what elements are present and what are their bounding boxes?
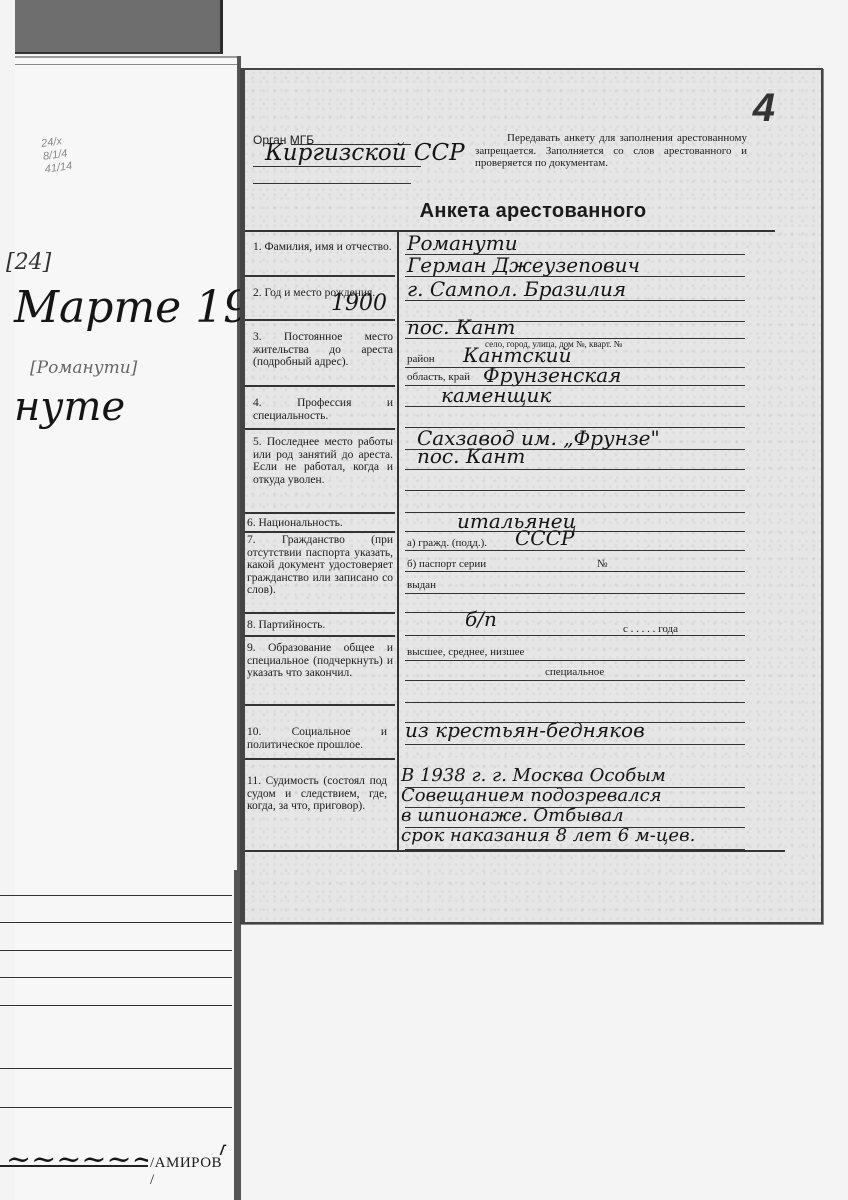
answer-workplace-location: пос. Кант [417, 444, 525, 468]
row-rule [245, 385, 395, 387]
field-label: 11. Судимость (состоял под судом и следс… [247, 775, 387, 813]
sheet-edge [15, 64, 237, 65]
column-divider [397, 232, 399, 852]
answer-rule [405, 680, 745, 681]
signature-name: /АМИРОВ / [148, 1155, 232, 1189]
answer-surname: Романути [407, 231, 518, 255]
field-label: 10. Социальное и политическое прошлое. [247, 726, 387, 751]
row-rule [245, 704, 395, 706]
field-label: 5. Последнее место работы или род заняти… [253, 436, 393, 486]
answer-residence: пос. Кант [407, 315, 515, 339]
answer-rule [405, 490, 745, 491]
row-rule [245, 635, 395, 637]
answer-given-name: Герман Джеузепович [407, 253, 640, 277]
answer-party: б/п [465, 607, 497, 631]
row-rule [245, 758, 395, 760]
answer-profession: каменщик [441, 383, 551, 407]
answer-rule [405, 300, 745, 301]
field-label: 6. Национальность. [247, 517, 387, 530]
organ-rule [253, 183, 411, 184]
birth-year: 1900 [331, 291, 387, 316]
answer-rule [405, 744, 745, 745]
row-rule [245, 531, 395, 533]
answer-rule [405, 612, 745, 613]
issued-label: выдан [407, 579, 436, 591]
table-bottom-rule [245, 850, 785, 852]
photo-strip [15, 0, 223, 54]
organ-value: Киргизской ССР [265, 140, 465, 166]
answer-conviction-line: В 1938 г. г. Москва Особым [401, 765, 666, 786]
answer-rule [405, 531, 745, 532]
pencil-note-line: 41/14 [44, 160, 73, 177]
answer-rule [405, 469, 745, 470]
special-education-label: специальное [545, 666, 604, 678]
general-education-label: высшее, среднее, низшее [407, 646, 524, 658]
region-label: область, край [407, 371, 470, 383]
answer-conviction-line: в шпионаже. Отбывал [401, 805, 624, 826]
field-label: 3. Постоянное место жительства до ареста… [253, 331, 393, 369]
archive-number: [24] [6, 250, 51, 275]
field-label: 4. Профессия и специальность. [253, 397, 393, 422]
passport-label: б) паспорт серии [407, 558, 486, 570]
row-rule [245, 612, 395, 614]
field-label: 8. Партийность. [247, 619, 387, 632]
answer-rule [405, 702, 745, 703]
answer-rule [405, 571, 745, 572]
left-sheet: 24/х 8/1/4 41/14 [15, 56, 241, 1200]
form-title: Анкета арестованного [245, 200, 821, 223]
notice-text: Передавать анкету для заполнения арестов… [475, 132, 747, 170]
field-label: 7. Гражданство (при отсутствии паспорта … [247, 534, 393, 597]
answer-conviction-line: срок наказания 8 лет 6 м-цев. [401, 825, 695, 846]
organ-rule [253, 166, 421, 167]
pencil-note: 24/х 8/1/4 41/14 [40, 134, 73, 176]
margin-handwriting: Марте 19 [14, 282, 251, 333]
field-label: 9. Образование общее и специальное (подч… [247, 642, 393, 680]
answer-rule [405, 406, 745, 407]
row-rule [245, 275, 395, 277]
since-year-label: с . . . . . года [623, 623, 678, 635]
answer-conviction-line: Совещанием подозревался [401, 785, 662, 806]
arrest-questionnaire-form: 4 Орган МГБ Киргизской ССР Передавать ан… [240, 68, 823, 924]
answer-birthplace: г. Сампол. Бразилия [407, 277, 626, 301]
margin-handwriting-bracketed: [Романути] [30, 358, 137, 378]
answer-rule [405, 593, 745, 594]
row-rule [245, 512, 395, 514]
row-rule [245, 428, 395, 430]
row-rule [245, 319, 395, 321]
margin-handwriting: нуте [14, 384, 125, 430]
answer-rule [405, 550, 745, 551]
signature-block: ~~~~~~~~√ /АМИРОВ / [0, 1148, 232, 1188]
answer-rule [405, 635, 745, 636]
citizenship-label: а) гражд. (подд.). [407, 537, 487, 549]
field-label: 1. Фамилия, имя и отчество. [253, 241, 393, 254]
sheet-edge-line [234, 870, 238, 1200]
passport-number-label: № [597, 558, 608, 570]
answer-rule [405, 722, 745, 723]
district-label: район [407, 353, 435, 365]
answer-rule [405, 660, 745, 661]
answer-citizenship: СССР [515, 526, 574, 550]
page-number: 4 [753, 86, 775, 131]
